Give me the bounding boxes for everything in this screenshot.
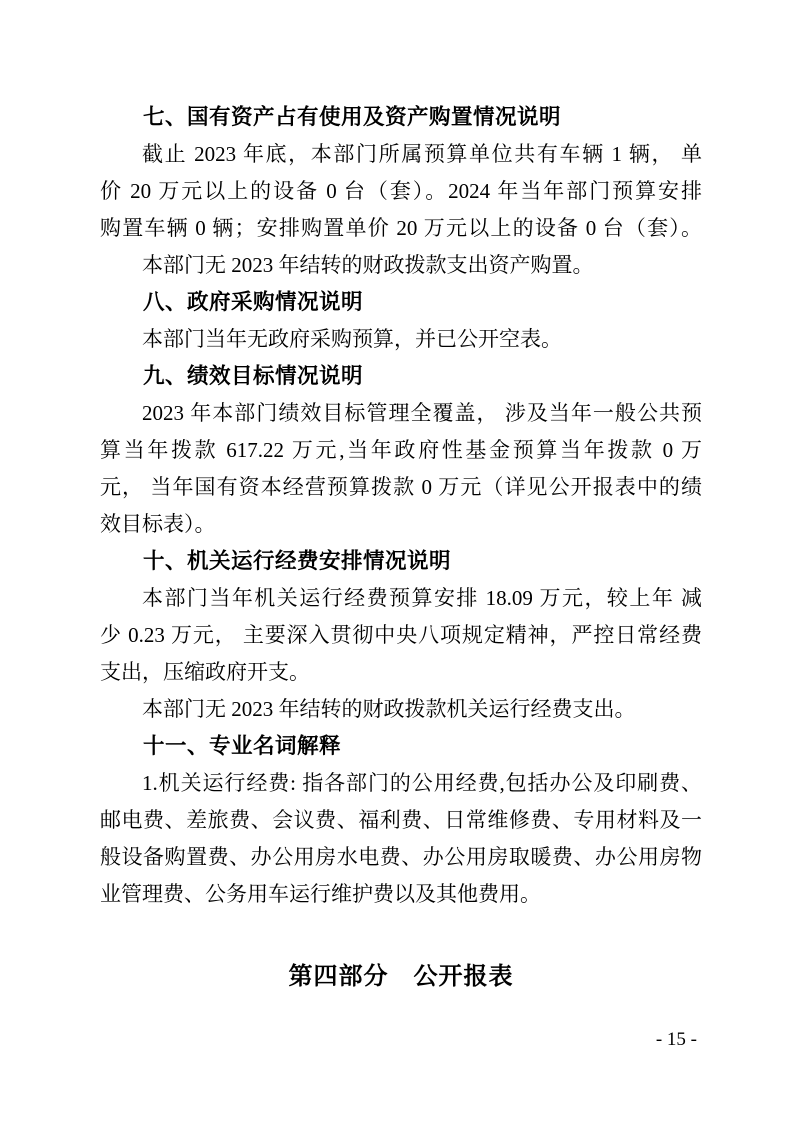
paragraph-operating-funds: 本部门当年机关运行经费预算安排 18.09 万元，较上年 减 少 0.23 万元… (100, 580, 702, 691)
paragraph-line: 本部门当年无政府采购预算，并已公开空表。 (100, 321, 702, 358)
paragraph-procurement: 本部门当年无政府采购预算，并已公开空表。 (100, 321, 702, 358)
paragraph-line: 截止 2023 年底，本部门所属预算单位共有车辆 1 辆， 单 (100, 136, 702, 173)
paragraph-no-carryover-assets: 本部门无 2023 年结转的财政拨款支出资产购置。 (100, 247, 702, 284)
paragraph-line: 本部门当年机关运行经费预算安排 18.09 万元，较上年 减 (100, 580, 702, 617)
paragraph-line: 价 20 万元以上的设备 0 台（套）。2024 年当年部门预算安排 (100, 173, 702, 210)
paragraph-line: 效目标表）。 (100, 506, 702, 543)
paragraph-line: 本部门无 2023 年结转的财政拨款机关运行经费支出。 (100, 691, 702, 728)
paragraph-line: 般设备购置费、办公用房水电费、办公用房取暖费、办公用房物 (100, 839, 702, 876)
section-heading-operating-funds: 十、机关运行经费安排情况说明 (100, 543, 702, 580)
paragraph-line: 1.机关运行经费: 指各部门的公用经费,包括办公及印刷费、 (100, 765, 702, 802)
paragraph-performance-targets: 2023 年本部门绩效目标管理全覆盖， 涉及当年一般公共预 算当年拨款 617.… (100, 395, 702, 543)
paragraph-line: 购置车辆 0 辆；安排购置单价 20 万元以上的设备 0 台（套）。 (100, 210, 702, 247)
paragraph-line: 支出，压缩政府开支。 (100, 654, 702, 691)
paragraph-state-assets: 截止 2023 年底，本部门所属预算单位共有车辆 1 辆， 单 价 20 万元以… (100, 136, 702, 247)
document-page: 七、国有资产占有使用及资产购置情况说明 截止 2023 年底，本部门所属预算单位… (0, 0, 793, 1122)
paragraph-no-carryover-operating: 本部门无 2023 年结转的财政拨款机关运行经费支出。 (100, 691, 702, 728)
section-heading-procurement: 八、政府采购情况说明 (100, 284, 702, 321)
paragraph-terminology: 1.机关运行经费: 指各部门的公用经费,包括办公及印刷费、 邮电费、差旅费、会议… (100, 765, 702, 913)
page-number: - 15 - (656, 1028, 697, 1052)
paragraph-line: 2023 年本部门绩效目标管理全覆盖， 涉及当年一般公共预 (100, 395, 702, 432)
part-four-title: 第四部分 公开报表 (100, 959, 702, 995)
paragraph-line: 邮电费、差旅费、会议费、福利费、日常维修费、专用材料及一 (100, 802, 702, 839)
section-heading-performance-targets: 九、绩效目标情况说明 (100, 358, 702, 395)
section-heading-terminology: 十一、专业名词解释 (100, 728, 702, 765)
section-heading-state-assets: 七、国有资产占有使用及资产购置情况说明 (100, 99, 702, 136)
paragraph-line: 本部门无 2023 年结转的财政拨款支出资产购置。 (100, 247, 702, 284)
paragraph-line: 业管理费、公务用车运行维护费以及其他费用。 (100, 876, 702, 913)
paragraph-line: 元， 当年国有资本经营预算拨款 0 万元（详见公开报表中的绩 (100, 469, 702, 506)
document-content: 七、国有资产占有使用及资产购置情况说明 截止 2023 年底，本部门所属预算单位… (100, 99, 702, 995)
paragraph-line: 算当年拨款 617.22 万元,当年政府性基金预算当年拨款 0 万 (100, 432, 702, 469)
paragraph-line: 少 0.23 万元， 主要深入贯彻中央八项规定精神，严控日常经费 (100, 617, 702, 654)
